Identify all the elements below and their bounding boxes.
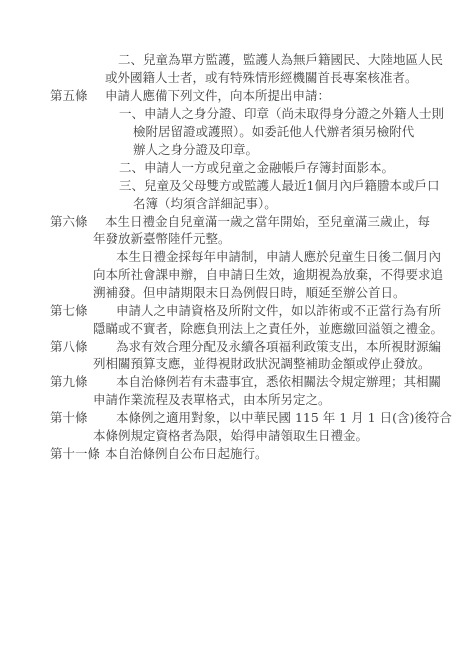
- doc-line: 或外國籍人士者，或有特殊情形經機關首長專案核准者。: [105, 71, 418, 84]
- doc-line: 向本所社會課申辦，自申請日生效，逾期視為放棄，不得要求追: [93, 268, 443, 281]
- doc-line: 三、兒童及父母雙方或監護人最近1個月內戶籍謄本或戶口: [119, 179, 439, 192]
- doc-line: 名簿（均須含詳細記事）。: [133, 197, 277, 210]
- article-number: 第十條: [50, 411, 88, 424]
- doc-line: 本自治條例若有未盡事宜，悉依相關法令規定辦理；其相關: [116, 375, 441, 388]
- document-page: 二、兒童為單方監護，監護人為無戶籍國民、大陸地區人民 或外國籍人士者，或有特殊情…: [0, 0, 460, 649]
- doc-line: 申請人應備下列文件，向本所提出申請：: [105, 89, 330, 102]
- doc-line: 二、申請人一方或兒童之金融帳戶存簿封面影本。: [119, 161, 394, 174]
- doc-line: 一、申請人之身分證、印章（尚未取得身分證之外籍人士則: [119, 107, 444, 120]
- article-number: 第七條: [50, 304, 88, 317]
- doc-line: 本生日禮金採每年申請制，申請人應於兒童生日後二個月內: [116, 250, 441, 263]
- article-number: 第八條: [50, 340, 88, 353]
- article-number: 第五條: [50, 89, 88, 102]
- doc-line: 申請作業流程及表單格式，由本所另定之。: [93, 393, 331, 406]
- doc-line: 溯補發。但申請期限末日為例假日時，順延至辦公首日。: [93, 286, 406, 299]
- doc-line: 二、兒童為單方監護，監護人為無戶籍國民、大陸地區人民: [118, 53, 443, 66]
- doc-line: 本條例之適用對象，以中華民國 115 年 1 月 1 日(含)後符合: [116, 411, 452, 424]
- doc-line: 為求有效合理分配及永續各項福利政策支出，本所視財源編: [116, 340, 441, 353]
- doc-line: 本生日禮金自兒童滿一歲之當年開始，至兒童滿三歲止，每: [105, 215, 430, 228]
- doc-line: 本條例規定資格者為限，始得申請領取生日禮金。: [93, 429, 368, 442]
- doc-line: 申請人之申請資格及所附文件，如以詐術或不正當行為有所: [116, 304, 441, 317]
- article-number: 第九條: [50, 375, 88, 388]
- article-number: 第六條: [50, 215, 88, 228]
- doc-line: 辦人之身分證及印章。: [133, 143, 258, 156]
- doc-line: 本自治條例自公布日起施行。: [105, 447, 268, 460]
- article-number: 第十一條: [50, 447, 100, 460]
- doc-line: 年發放新臺幣陸仟元整。: [93, 232, 231, 245]
- doc-line: 隱瞞或不實者，除應負刑法上之責任外，並應繳回溢領之禮金。: [93, 322, 443, 335]
- doc-line: 列相關預算支應，並得視財政狀況調整補助金額或停止發放。: [93, 357, 431, 370]
- doc-line: 檢附居留證或護照）。如委託他人代辦者須另檢附代: [133, 125, 414, 138]
